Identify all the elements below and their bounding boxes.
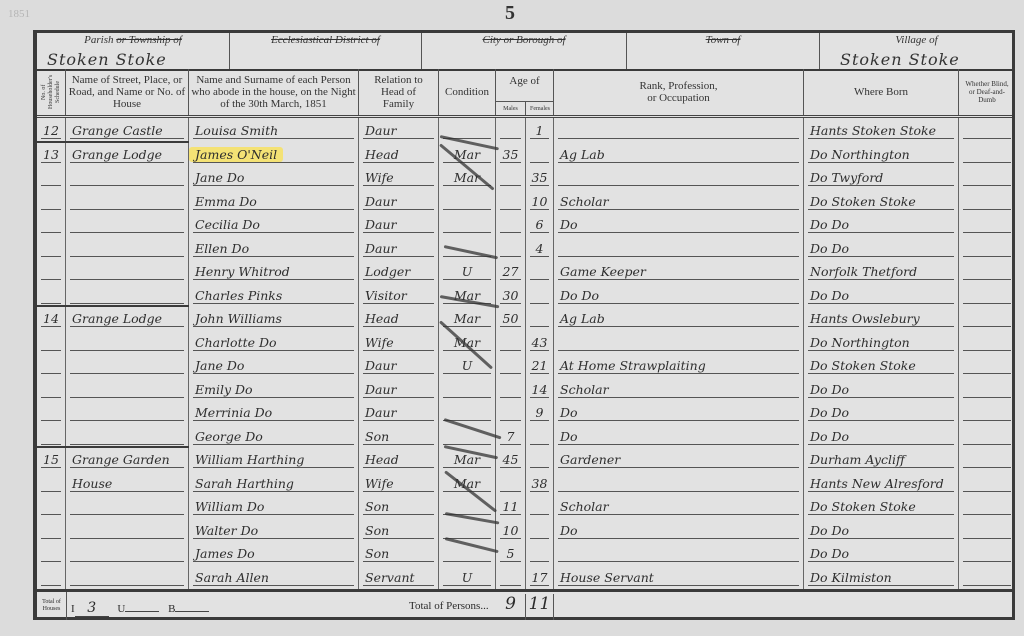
ruled-line — [41, 350, 61, 351]
ruled-line — [558, 420, 799, 421]
birthplace-cell: Do Do — [804, 424, 959, 448]
relation-to-head: Daur — [359, 241, 397, 256]
table-row: Cecilia DoDaur6DoDo Do — [37, 212, 1012, 236]
street-address — [66, 382, 72, 397]
schedule-number — [37, 523, 43, 538]
ruled-line — [558, 256, 799, 257]
street-address-cell: House — [66, 471, 189, 495]
table-row: Walter DoSon10DoDo Do — [37, 518, 1012, 542]
occupation: Scholar — [554, 499, 609, 514]
ruled-line — [41, 232, 61, 233]
street-address — [66, 264, 72, 279]
ruled-line — [963, 138, 1011, 139]
ruled-line — [70, 185, 184, 186]
ruled-line — [530, 373, 549, 374]
schedule-number — [37, 405, 43, 420]
person-name-cell: Ellen Do — [189, 236, 359, 260]
blind-deaf-dumb — [959, 523, 965, 538]
pencil-page-note: 1851 — [8, 8, 30, 20]
male-age-cell — [496, 236, 526, 260]
ruled-line — [530, 138, 549, 139]
birthplace-cell: Do Do — [804, 541, 959, 565]
person-name-cell: John Williams — [189, 306, 359, 330]
street-address-cell — [66, 283, 189, 307]
marital-condition-cell: U — [439, 565, 496, 589]
schedule-number-cell — [37, 494, 66, 518]
ruled-line — [500, 185, 521, 186]
ruled-line — [558, 373, 799, 374]
female-age-cell: 6 — [526, 212, 554, 236]
blind-deaf-dumb — [959, 382, 965, 397]
person-name-cell: Jane Do — [189, 353, 359, 377]
male-age-cell: 11 — [496, 494, 526, 518]
person-name: Jane Do — [189, 170, 244, 185]
blind-deaf-dumb — [959, 147, 965, 162]
female-age-cell: 14 — [526, 377, 554, 401]
birthplace-cell: Do Stoken Stoke — [804, 494, 959, 518]
ruled-line — [963, 303, 1011, 304]
ruled-line — [530, 561, 549, 562]
birthplace: Do Do — [804, 241, 849, 256]
person-name: William Harthing — [189, 452, 304, 467]
occupation-cell — [554, 118, 804, 142]
person-name-cell: James O'Neil — [189, 142, 359, 166]
male-age-cell — [496, 471, 526, 495]
blind-deaf-dumb — [959, 358, 965, 373]
ruled-line — [963, 162, 1011, 163]
relation-to-head-cell: Son — [359, 494, 439, 518]
table-row: Henry WhitrodLodgerU27Game KeeperNorfolk… — [37, 259, 1012, 283]
relation-to-head-cell: Lodger — [359, 259, 439, 283]
street-address-cell: Grange Lodge — [66, 306, 189, 330]
female-age: 4 — [536, 241, 544, 256]
birthplace: Do Do — [804, 546, 849, 561]
ruled-line — [41, 303, 61, 304]
occupation: Ag Lab — [554, 311, 605, 326]
schedule-number — [37, 241, 43, 256]
male-age: 45 — [503, 452, 519, 467]
ruled-line — [41, 326, 61, 327]
person-name-cell: Charlotte Do — [189, 330, 359, 354]
street-address-cell: Grange Garden — [66, 447, 189, 471]
relation-to-head: Wife — [359, 335, 394, 350]
male-age-cell — [496, 189, 526, 213]
ruled-line — [363, 279, 434, 280]
birthplace-cell: Do Stoken Stoke — [804, 353, 959, 377]
female-age-cell — [526, 259, 554, 283]
ruled-line — [530, 538, 549, 539]
ruled-line — [70, 561, 184, 562]
col-header-where-born: Where Born — [804, 69, 959, 115]
blind-deaf-dumb — [959, 288, 965, 303]
ruled-line — [193, 420, 354, 421]
relation-to-head: Son — [359, 429, 389, 444]
village-cell: Village of Stoken Stoke — [820, 33, 1013, 69]
female-age-cell: 1 — [526, 118, 554, 142]
ruled-line — [41, 420, 61, 421]
schedule-number — [37, 429, 43, 444]
relation-to-head-cell: Wife — [359, 471, 439, 495]
ruled-line — [963, 538, 1011, 539]
inhabited-value: 3 — [75, 600, 109, 617]
schedule-number — [37, 570, 43, 585]
birthplace: Do Do — [804, 429, 849, 444]
ruled-line — [41, 467, 61, 468]
blind-deaf-dumb — [959, 546, 965, 561]
blind-deaf-dumb-cell — [959, 118, 1015, 142]
ruled-line — [363, 232, 434, 233]
male-age-cell: 45 — [496, 447, 526, 471]
ruled-line — [41, 209, 61, 210]
ruled-line — [808, 561, 954, 562]
occupation: Gardener — [554, 452, 620, 467]
ruled-line — [443, 326, 491, 327]
female-age-cell — [526, 142, 554, 166]
ruled-line — [558, 538, 799, 539]
total-houses-label: Total of Houses — [37, 592, 67, 620]
city-borough-cell: City or Borough of — [422, 33, 627, 69]
street-address — [66, 570, 72, 585]
blind-deaf-dumb-cell — [959, 494, 1015, 518]
birthplace-cell: Durham Aycliff — [804, 447, 959, 471]
marital-condition: U — [462, 570, 473, 585]
table-row: 13Grange LodgeJames O'NeilHeadMar35Ag La… — [37, 142, 1012, 166]
ruled-line — [41, 561, 61, 562]
person-name: William Do — [189, 499, 264, 514]
street-address — [66, 358, 72, 373]
schedule-number-cell — [37, 565, 66, 589]
schedule-number — [37, 382, 43, 397]
table-row: Charlotte DoWifeMar43Do Northington — [37, 330, 1012, 354]
occupation-cell: Do Do — [554, 283, 804, 307]
occupation: Do — [554, 217, 578, 232]
street-address — [66, 288, 72, 303]
ruled-line — [70, 373, 184, 374]
ecclesiastical-district-cell: Ecclesiastical District of — [230, 33, 422, 69]
female-age-cell — [526, 447, 554, 471]
relation-to-head-cell: Head — [359, 447, 439, 471]
street-address-cell — [66, 518, 189, 542]
ruled-line — [500, 209, 521, 210]
ruled-line — [558, 444, 799, 445]
male-age-cell — [496, 212, 526, 236]
person-name: Louisa Smith — [189, 123, 278, 138]
blind-deaf-dumb-cell — [959, 330, 1015, 354]
female-age-cell — [526, 518, 554, 542]
person-name-cell: William Do — [189, 494, 359, 518]
street-address-cell — [66, 377, 189, 401]
blind-deaf-dumb-cell — [959, 400, 1015, 424]
col-header-age: Age of Males Females — [496, 69, 554, 115]
occupation-cell: House Servant — [554, 565, 804, 589]
street-address-cell — [66, 424, 189, 448]
ruled-line — [963, 585, 1011, 586]
blind-deaf-dumb — [959, 405, 965, 420]
ruled-line — [500, 326, 521, 327]
marital-condition-cell: U — [439, 259, 496, 283]
ruled-line — [963, 256, 1011, 257]
street-address-cell — [66, 565, 189, 589]
person-name-cell: Emily Do — [189, 377, 359, 401]
blind-deaf-dumb-cell — [959, 565, 1015, 589]
street-address — [66, 546, 72, 561]
ruled-line — [193, 138, 354, 139]
occupation-cell: At Home Strawplaiting — [554, 353, 804, 377]
person-name: Emma Do — [189, 194, 257, 209]
ruled-line — [558, 138, 799, 139]
occupation-cell: Game Keeper — [554, 259, 804, 283]
table-row: 14Grange LodgeJohn WilliamsHeadMar50Ag L… — [37, 306, 1012, 330]
parish-value: Stoken Stoke — [47, 50, 167, 69]
female-age: 17 — [532, 570, 548, 585]
marital-condition: U — [462, 264, 473, 279]
street-address: Grange Lodge — [66, 147, 162, 162]
ruled-line — [963, 514, 1011, 515]
blind-deaf-dumb — [959, 217, 965, 232]
female-age-cell — [526, 283, 554, 307]
schedule-number-cell — [37, 471, 66, 495]
blind-deaf-dumb — [959, 452, 965, 467]
street-address: Grange Garden — [66, 452, 170, 467]
relation-to-head-cell: Son — [359, 541, 439, 565]
ruled-line — [808, 373, 954, 374]
street-address — [66, 241, 72, 256]
ruled-line — [41, 538, 61, 539]
ruled-line — [41, 444, 61, 445]
ruled-line — [963, 467, 1011, 468]
birthplace-cell: Hants Stoken Stoke — [804, 118, 959, 142]
ruled-line — [963, 232, 1011, 233]
ruled-line — [500, 232, 521, 233]
female-age-cell: 17 — [526, 565, 554, 589]
table-row: Emily DoDaur14ScholarDo Do — [37, 377, 1012, 401]
birthplace-cell: Do Do — [804, 236, 959, 260]
schedule-number — [37, 170, 43, 185]
occupation — [554, 546, 560, 561]
ruled-line — [558, 279, 799, 280]
occupation-cell — [554, 236, 804, 260]
birthplace-cell: Hants Owslebury — [804, 306, 959, 330]
schedule-number: 14 — [37, 311, 59, 326]
ruled-line — [41, 514, 61, 515]
occupation-cell: Scholar — [554, 494, 804, 518]
col-header-males: Males — [496, 101, 526, 115]
street-address — [66, 335, 72, 350]
occupation — [554, 170, 560, 185]
ruled-line — [363, 561, 434, 562]
ruled-line — [963, 185, 1011, 186]
ruled-line — [363, 326, 434, 327]
male-age: 5 — [507, 546, 515, 561]
birthplace: Do Do — [804, 217, 849, 232]
ruled-line — [500, 561, 521, 562]
ruled-line — [963, 279, 1011, 280]
ruled-line — [963, 397, 1011, 398]
female-age-cell: 43 — [526, 330, 554, 354]
household-divider — [37, 305, 189, 307]
schedule-number-cell — [37, 165, 66, 189]
female-age-cell: 35 — [526, 165, 554, 189]
ruled-line — [70, 420, 184, 421]
ruled-line — [443, 209, 491, 210]
relation-to-head: Servant — [359, 570, 415, 585]
relation-to-head: Daur — [359, 358, 397, 373]
ruled-line — [70, 444, 184, 445]
person-name-cell: Charles Pinks — [189, 283, 359, 307]
female-age-cell — [526, 424, 554, 448]
blind-deaf-dumb-cell — [959, 283, 1015, 307]
female-age-cell: 9 — [526, 400, 554, 424]
blind-deaf-dumb-cell — [959, 541, 1015, 565]
birthplace-cell: Do Do — [804, 283, 959, 307]
person-name: Ellen Do — [189, 241, 249, 256]
male-age-cell: 27 — [496, 259, 526, 283]
ruled-line — [963, 444, 1011, 445]
occupation-cell: Scholar — [554, 189, 804, 213]
birthplace-cell: Norfolk Thetford — [804, 259, 959, 283]
ruled-line — [530, 420, 549, 421]
ruled-line — [70, 256, 184, 257]
birthplace: Hants New Alresford — [804, 476, 944, 491]
ruled-line — [70, 467, 184, 468]
male-age-cell — [496, 400, 526, 424]
occupation-cell: Do — [554, 518, 804, 542]
birthplace: Do Stoken Stoke — [804, 358, 916, 373]
ruled-line — [363, 373, 434, 374]
blind-deaf-dumb-cell — [959, 306, 1015, 330]
female-age-cell: 10 — [526, 189, 554, 213]
page-number: 5 — [505, 2, 515, 25]
schedule-number-cell — [37, 259, 66, 283]
blind-deaf-dumb-cell — [959, 447, 1015, 471]
relation-to-head-cell: Son — [359, 518, 439, 542]
occupation — [554, 476, 560, 491]
ruled-line — [41, 491, 61, 492]
table-row: 15Grange GardenWilliam HarthingHeadMar45… — [37, 447, 1012, 471]
person-name: Sarah Allen — [189, 570, 269, 585]
ruled-line — [443, 397, 491, 398]
ruled-line — [70, 397, 184, 398]
village-value: Stoken Stoke — [840, 50, 960, 69]
male-age: 7 — [507, 429, 515, 444]
street-address-cell — [66, 400, 189, 424]
blind-deaf-dumb — [959, 570, 965, 585]
relation-to-head: Visitor — [359, 288, 407, 303]
table-row: HouseSarah HarthingWifeMar38Hants New Al… — [37, 471, 1012, 495]
town-cell: Town of — [627, 33, 820, 69]
blind-deaf-dumb-cell — [959, 212, 1015, 236]
occupation-cell: Gardener — [554, 447, 804, 471]
ruled-line — [530, 326, 549, 327]
relation-to-head: Daur — [359, 217, 397, 232]
ruled-line — [193, 185, 354, 186]
ruled-line — [363, 514, 434, 515]
schedule-number-cell: 14 — [37, 306, 66, 330]
schedule-number-cell — [37, 330, 66, 354]
occupation: At Home Strawplaiting — [554, 358, 706, 373]
uninhabited-value — [125, 611, 159, 612]
col-header-females: Females — [526, 101, 554, 115]
schedule-number-cell — [37, 353, 66, 377]
occupation: Do — [554, 523, 578, 538]
street-address-cell — [66, 212, 189, 236]
ruled-line — [500, 585, 521, 586]
street-address — [66, 499, 72, 514]
location-header-band: Parish or Township of Stoken Stoke Eccle… — [37, 33, 1012, 71]
street-address-cell — [66, 236, 189, 260]
ruled-line — [70, 232, 184, 233]
schedule-number: 13 — [37, 147, 59, 162]
marital-condition: U — [462, 358, 473, 373]
table-row: Jane DoDaurU21At Home StrawplaitingDo St… — [37, 353, 1012, 377]
blind-deaf-dumb-cell — [959, 259, 1015, 283]
occupation: House Servant — [554, 570, 654, 585]
blind-deaf-dumb-cell — [959, 165, 1015, 189]
male-age-cell: 35 — [496, 142, 526, 166]
blind-deaf-dumb — [959, 170, 965, 185]
col-header-name: Name and Surname of each Person who abod… — [189, 69, 359, 115]
relation-to-head-cell: Daur — [359, 118, 439, 142]
census-form: Parish or Township of Stoken Stoke Eccle… — [33, 30, 1015, 620]
street-address: Grange Lodge — [66, 311, 162, 326]
ruled-line — [558, 561, 799, 562]
blind-deaf-dumb — [959, 476, 965, 491]
occupation-cell — [554, 330, 804, 354]
street-address-cell: Grange Lodge — [66, 142, 189, 166]
birthplace-cell: Do Twyford — [804, 165, 959, 189]
ruled-line — [70, 514, 184, 515]
street-address — [66, 217, 72, 232]
birthplace: Do Do — [804, 382, 849, 397]
blind-deaf-dumb-cell — [959, 424, 1015, 448]
occupation-cell: Ag Lab — [554, 306, 804, 330]
street-address: Grange Castle — [66, 123, 163, 138]
person-name-cell: Walter Do — [189, 518, 359, 542]
ruled-line — [443, 467, 491, 468]
blind-deaf-dumb — [959, 123, 965, 138]
blind-deaf-dumb-cell — [959, 518, 1015, 542]
marital-condition-cell — [439, 377, 496, 401]
table-row: George DoSon7DoDo Do — [37, 424, 1012, 448]
relation-to-head-cell: Son — [359, 424, 439, 448]
occupation: Scholar — [554, 194, 609, 209]
occupation: Do Do — [554, 288, 599, 303]
ruled-line — [500, 279, 521, 280]
ruled-line — [808, 185, 954, 186]
occupation — [554, 241, 560, 256]
birthplace: Hants Owslebury — [804, 311, 920, 326]
marital-condition: Mar — [454, 311, 480, 326]
person-name: George Do — [189, 429, 263, 444]
schedule-number-cell — [37, 400, 66, 424]
schedule-number-cell — [37, 424, 66, 448]
table-row: William DoSon11ScholarDo Stoken Stoke — [37, 494, 1012, 518]
schedule-number-cell — [37, 212, 66, 236]
col-header-condition: Condition — [439, 69, 496, 115]
schedule-number-cell — [37, 236, 66, 260]
ruled-line — [500, 350, 521, 351]
schedule-number — [37, 499, 43, 514]
relation-to-head-cell: Daur — [359, 212, 439, 236]
ruled-line — [443, 232, 491, 233]
ruled-line — [963, 209, 1011, 210]
male-age-cell — [496, 565, 526, 589]
birthplace: Do Do — [804, 288, 849, 303]
ruled-line — [41, 585, 61, 586]
ruled-line — [443, 373, 491, 374]
street-address-cell — [66, 189, 189, 213]
schedule-number — [37, 546, 43, 561]
